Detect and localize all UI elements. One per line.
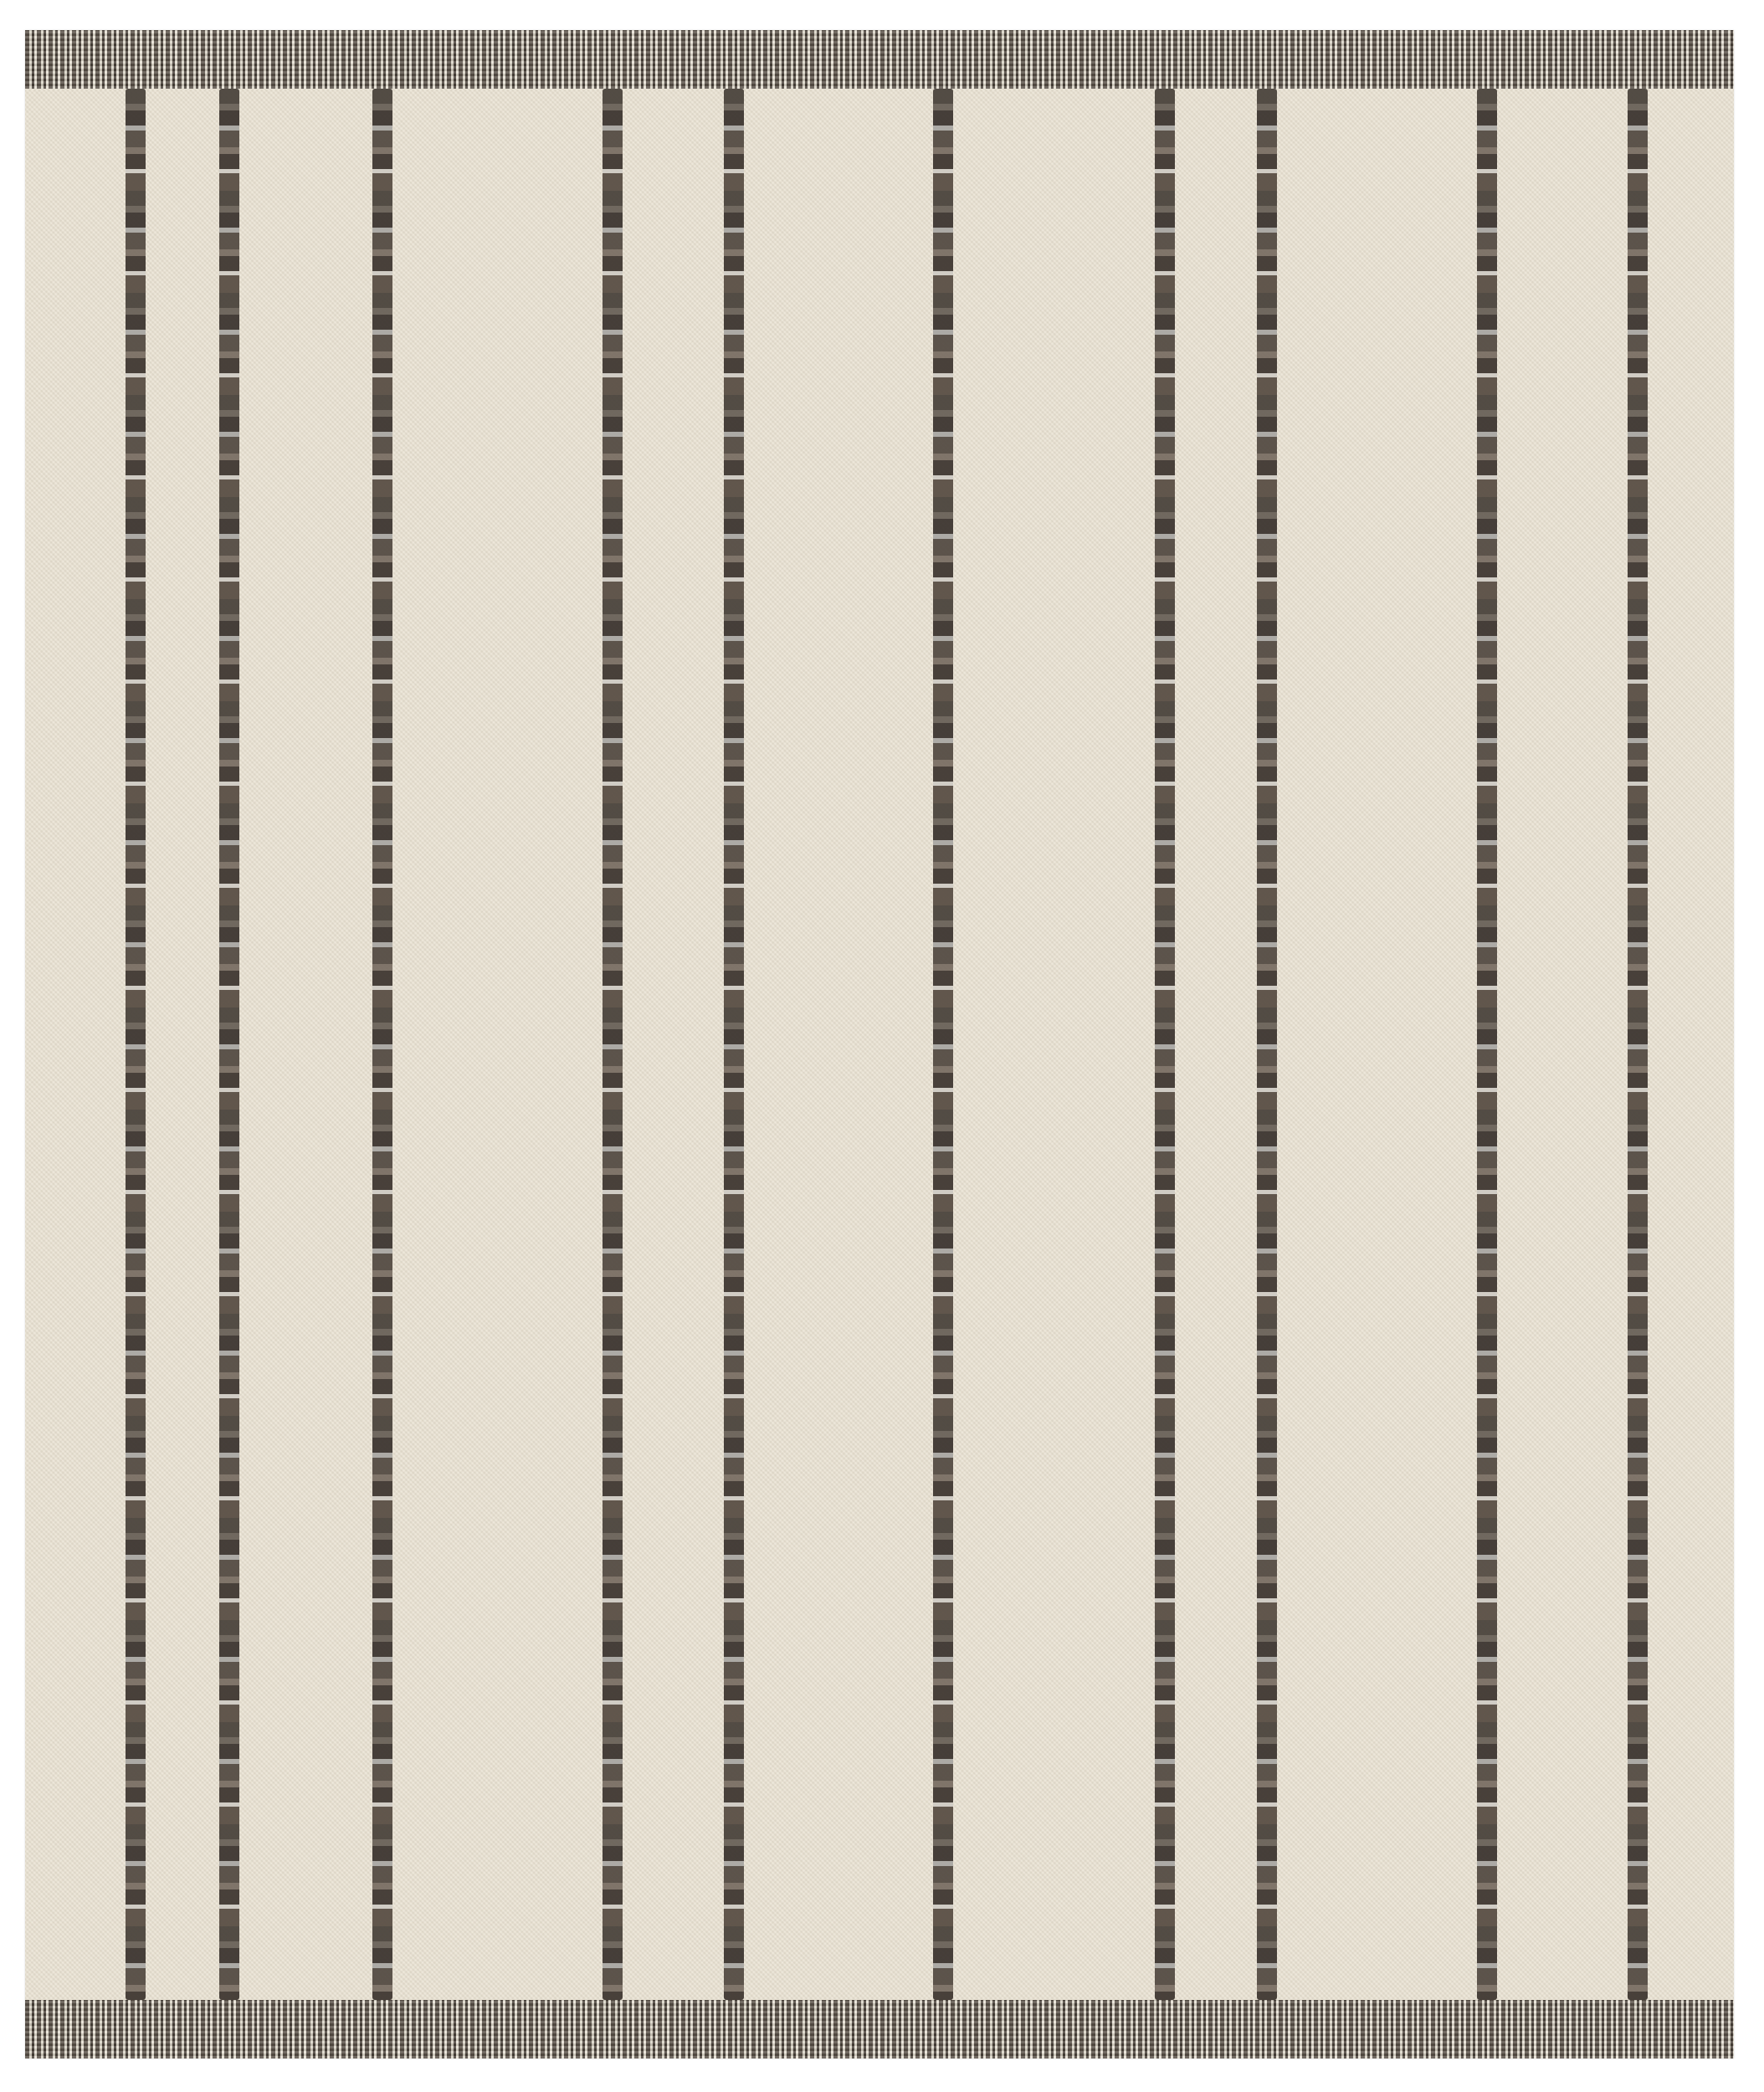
rug-stripe-10 [1628, 89, 1648, 2000]
rug-stripe-3 [372, 89, 392, 2000]
rug-bottom-border-band [25, 2000, 1734, 2059]
rug-stripe-2 [219, 89, 239, 2000]
rug-stripe-9 [1477, 89, 1497, 2000]
rug-stripe-6 [933, 89, 953, 2000]
rug-stripe-7 [1155, 89, 1175, 2000]
rug-stripe-1 [126, 89, 146, 2000]
rug-stripe-4 [603, 89, 623, 2000]
rug-stripe-8 [1257, 89, 1277, 2000]
rug-stripe-5 [724, 89, 744, 2000]
rug-top-border-band [25, 30, 1734, 89]
rug [25, 30, 1734, 2059]
